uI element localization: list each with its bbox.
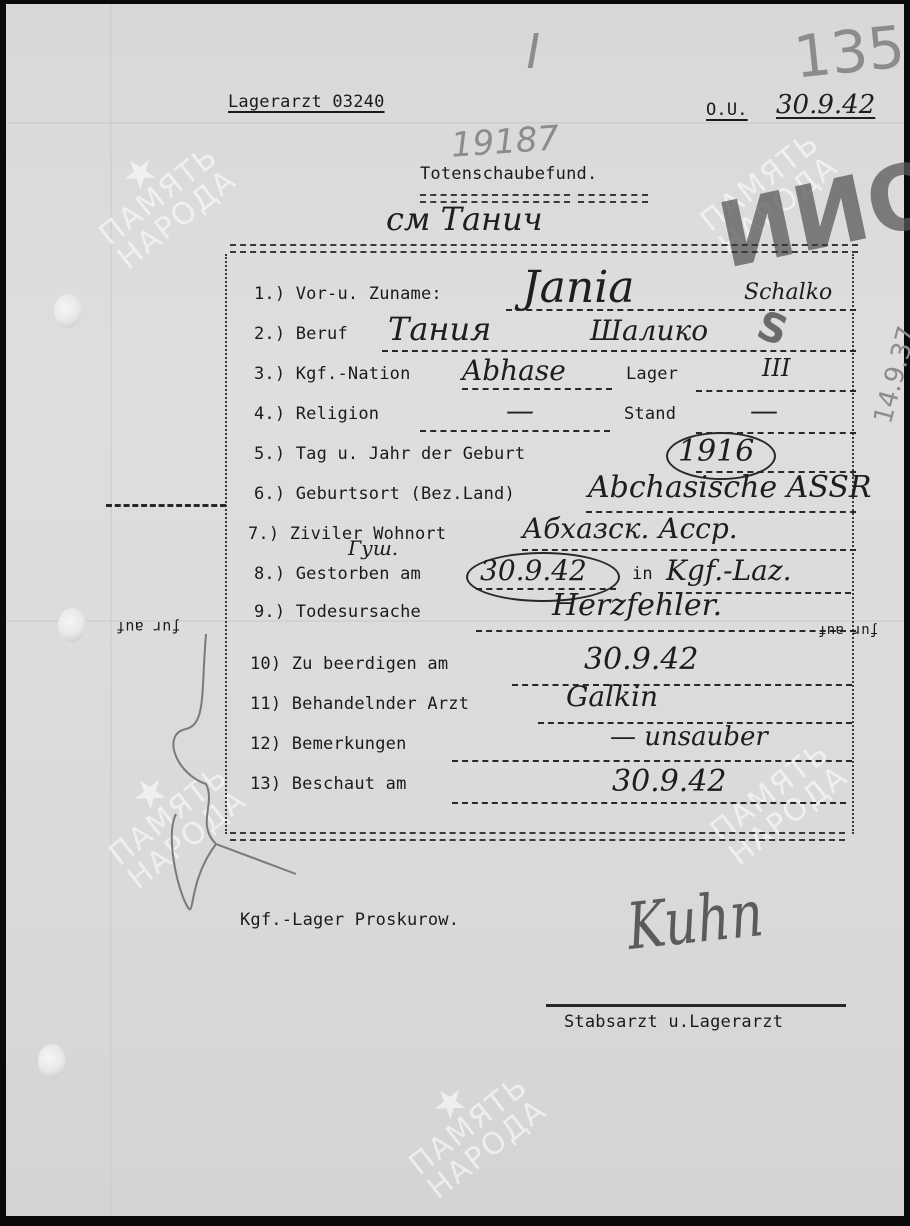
document-title: Totenschaubefund.	[420, 164, 597, 184]
camp-name: Kgf.-Lager Proskurow.	[240, 910, 459, 930]
field-10-line	[512, 684, 852, 686]
pencil-page-number: 135	[791, 12, 908, 91]
field-8-annotation: Гуш.	[348, 536, 398, 560]
title-underline	[578, 194, 648, 203]
field-9-value: Herzfehler.	[552, 588, 722, 623]
field-3-value2: III	[762, 354, 790, 382]
field-8-label2: in	[632, 564, 653, 584]
pencil-file-number: 19187	[450, 118, 561, 165]
title-annotation: см Танич	[386, 200, 543, 238]
field-13-line	[452, 802, 846, 804]
header-lagerarzt: Lagerarzt 03240	[228, 92, 385, 112]
watermark: ПАМЯТЬНАРОДА	[706, 737, 854, 871]
field-8-value2: Kgf.-Laz.	[666, 554, 792, 587]
watermark: ★ ПАМЯТЬНАРОДА	[76, 117, 242, 275]
signature-title: Stabsarzt u.Lagerarzt	[564, 1012, 783, 1032]
field-2-value2: Шалико	[590, 314, 708, 347]
field-1-value2: Schalko	[744, 280, 832, 305]
field-7-value: Абхазск. Асср.	[522, 512, 738, 545]
punch-hole	[54, 294, 82, 328]
form-top-border	[230, 244, 858, 253]
field-4-line	[420, 430, 610, 432]
field-12-line	[452, 760, 852, 762]
margin-line	[106, 504, 226, 507]
field-4-label: 4.) Religion	[254, 404, 379, 424]
watermark: ★ ПАМЯТЬНАРОДА	[386, 1047, 552, 1205]
field-1-line	[506, 309, 856, 311]
form-right-border	[852, 254, 854, 834]
document-page: ★ ПАМЯТЬНАРОДА ПАМЯТЬНАРОДА ★ ПАМЯТЬНАРО…	[6, 4, 904, 1216]
field-6-value: Abchasische ASSR	[588, 470, 872, 505]
field-11-value: Galkin	[566, 680, 658, 713]
field-5-value: 1916	[678, 434, 754, 469]
field-3-label: 3.) Kgf.-Nation	[254, 364, 411, 384]
field-2-label: 2.) Beruf	[254, 324, 348, 344]
field-3-line2	[696, 390, 856, 392]
field-13-value: 30.9.42	[612, 764, 727, 799]
field-1-label: 1.) Vor-u. Zuname:	[254, 284, 442, 304]
field-6-label: 6.) Geburtsort (Bez.Land)	[254, 484, 515, 504]
field-2-value: Тания	[388, 310, 491, 348]
signature: Kuhn	[624, 877, 767, 965]
field-3-label2: Lager	[626, 364, 678, 384]
field-8-label: 8.) Gestorben am	[254, 564, 421, 584]
punch-hole	[58, 608, 86, 642]
field-4-value2: —	[750, 394, 778, 427]
pencil-margin-note: 14.9.37	[868, 323, 910, 427]
field-2-line	[382, 350, 856, 352]
header-ou-label: O.U.	[706, 100, 748, 120]
field-4-label2: Stand	[624, 404, 676, 424]
field-8-value: 30.9.42	[480, 554, 587, 587]
punch-hole	[38, 1044, 66, 1078]
header-date: 30.9.42	[776, 90, 875, 120]
field-3-value: Abhase	[462, 354, 566, 387]
field-1-value: Jania	[522, 262, 635, 313]
field-3-line	[462, 388, 612, 390]
pencil-squiggle	[146, 634, 306, 924]
field-7-line	[522, 549, 856, 551]
field-4-value: —	[506, 394, 534, 427]
field-5-label: 5.) Tag u. Jahr der Geburt	[254, 444, 525, 464]
fold-line-horizontal	[6, 122, 904, 124]
field-9-line	[476, 630, 856, 632]
signature-line	[546, 1004, 846, 1007]
field-9-label: 9.) Todesursache	[254, 602, 421, 622]
form-bottom-border	[230, 832, 845, 841]
margin-text-right: ƒur auf	[818, 622, 878, 638]
field-12-value: — unsauber	[610, 722, 768, 752]
pencil-roman-numeral: I	[521, 24, 545, 80]
field-10-value: 30.9.42	[584, 642, 699, 677]
